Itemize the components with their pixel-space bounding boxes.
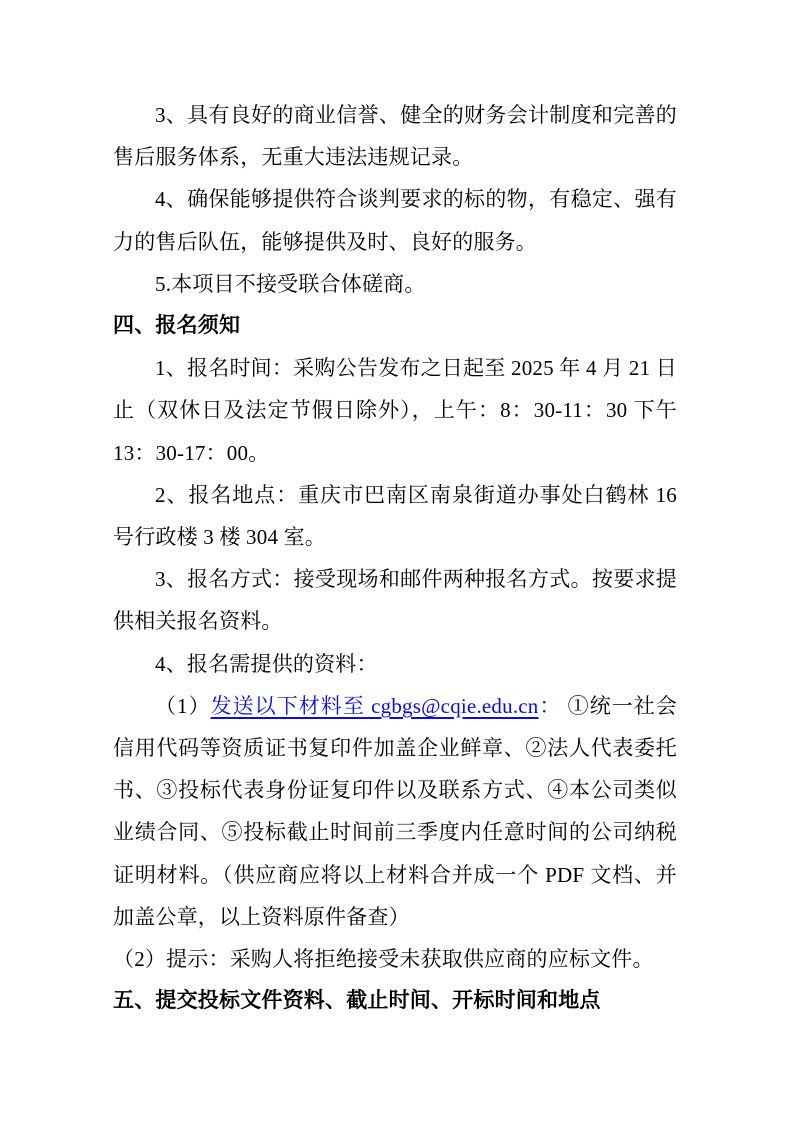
text-run: 五、提交投标文件资料、截止时间、开标时间和地点: [113, 989, 601, 1012]
text-run: （2）提示：采购人将拒绝接受未获取供应商的应标文件。: [113, 947, 654, 971]
registration-materials-lead: 4、报名需提供的资料：: [113, 643, 677, 685]
document-body: 3、具有良好的商业信誉、健全的财务会计制度和完善的售后服务体系，无重大违法违规记…: [113, 94, 677, 1022]
text-run: 4、报名需提供的资料：: [155, 652, 378, 676]
text-run: 3、报名方式：接受现场和邮件两种报名方式。按要求提供相关报名资料。: [113, 567, 677, 633]
qualification-clause-5: 5.本项目不接受联合体磋商。: [113, 263, 677, 305]
text-run: 2、报名地点：重庆市巴南区南泉街道办事处白鹤林 16 号行政楼 3 楼 304 …: [113, 483, 677, 549]
registration-time: 1、报名时间：采购公告发布之日起至 2025 年 4 月 21 日止（双休日及法…: [113, 347, 677, 474]
text-run: 3、具有良好的商业信誉、健全的财务会计制度和完善的售后服务体系，无重大违法违规记…: [113, 103, 677, 169]
text-run: 4、确保能够提供符合谈判要求的标的物，有稳定、强有力的售后队伍，能够提供及时、良…: [113, 187, 677, 253]
section-5-heading: 五、提交投标文件资料、截止时间、开标时间和地点: [113, 980, 677, 1022]
text-run: （1）: [155, 694, 211, 718]
section-4-heading: 四、报名须知: [113, 305, 677, 347]
email-link[interactable]: 发送以下材料至 cgbgs@cqie.edu.cn: [211, 694, 539, 718]
registration-materials-item-1: （1）发送以下材料至 cgbgs@cqie.edu.cn： ①统一社会信用代码等…: [113, 685, 677, 938]
registration-method: 3、报名方式：接受现场和邮件两种报名方式。按要求提供相关报名资料。: [113, 558, 677, 642]
text-run: ①统一社会信用代码等资质证书复印件加盖企业鲜章、②法人代表委托书、③投标代表身份…: [113, 694, 677, 929]
text-run: 5.本项目不接受联合体磋商。: [155, 272, 426, 296]
qualification-clause-3: 3、具有良好的商业信誉、健全的财务会计制度和完善的售后服务体系，无重大违法违规记…: [113, 94, 677, 178]
registration-materials-item-2: （2）提示：采购人将拒绝接受未获取供应商的应标文件。: [113, 938, 677, 980]
email-link-colon: ：: [539, 694, 562, 718]
text-run: 四、报名须知: [113, 314, 240, 337]
document-page: 3、具有良好的商业信誉、健全的财务会计制度和完善的售后服务体系，无重大违法违规记…: [0, 0, 794, 1122]
qualification-clause-4: 4、确保能够提供符合谈判要求的标的物，有稳定、强有力的售后队伍，能够提供及时、良…: [113, 178, 677, 262]
registration-place: 2、报名地点：重庆市巴南区南泉街道办事处白鹤林 16 号行政楼 3 楼 304 …: [113, 474, 677, 558]
text-run: 1、报名时间：采购公告发布之日起至 2025 年 4 月 21 日止（双休日及法…: [113, 356, 677, 464]
